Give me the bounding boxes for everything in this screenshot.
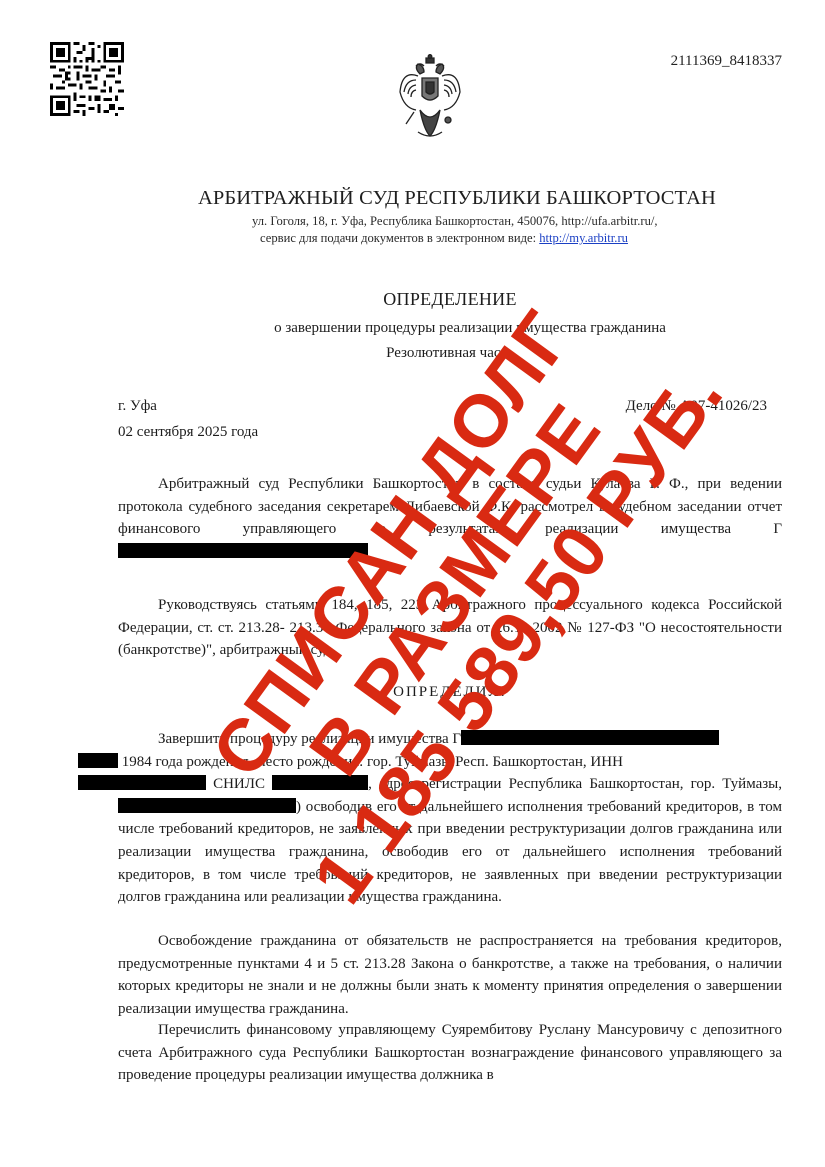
paragraph-text: Перечислить финансовому управляющему Суя… <box>118 1019 782 1087</box>
redaction-bar <box>118 798 296 813</box>
case-number: Дело № А07-41026/23 <box>626 398 767 415</box>
paragraph-legal-basis: Руководствуясь статьями 184, 185, 223 Ар… <box>118 594 782 662</box>
resolved-heading: ОПРЕДЕЛИЛ: <box>0 684 825 701</box>
service-link[interactable]: http://my.arbitr.ru <box>539 231 628 245</box>
redaction-bar <box>78 775 206 790</box>
court-address: ул. Гоголя, 18, г. Уфа, Республика Башко… <box>252 214 658 229</box>
paragraph-text: Руководствуясь статьями 184, 185, 223 Ар… <box>118 594 782 662</box>
coat-of-arms-icon <box>398 54 462 144</box>
redaction-bar <box>78 753 118 768</box>
paragraph-text: 1984 года рождения, место рождения: гор.… <box>122 754 623 770</box>
document-city: г. Уфа <box>118 398 157 415</box>
paragraph-text: , адрес регистрации Республика Башкортос… <box>368 776 782 792</box>
paragraph-text: Завершить процедуру реализации имущества… <box>158 731 461 747</box>
paragraph-text: Арбитражный суд Республики Башкортостан … <box>118 476 782 537</box>
document-part: Резолютивная часть <box>0 345 825 362</box>
redaction-bar <box>118 543 368 558</box>
paragraph-ruling: Завершить процедуру реализации имущества… <box>118 728 782 909</box>
document-title: ОПРЕДЕЛЕНИЕ <box>0 289 825 310</box>
redaction-bar <box>272 775 368 790</box>
document-id: 2111369_8418337 <box>671 53 782 70</box>
document-subtitle: о завершении процедуры реализации имущес… <box>0 320 825 337</box>
service-label: сервис для подачи документов в электронн… <box>260 231 539 245</box>
court-name: АРБИТРАЖНЫЙ СУД РЕСПУБЛИКИ БАШКОРТОСТАН <box>198 187 716 210</box>
paragraph-text: Освобождение гражданина от обязательств … <box>118 930 782 1020</box>
document-date: 02 сентября 2025 года <box>118 424 258 441</box>
court-service-line: сервис для подачи документов в электронн… <box>260 231 628 246</box>
paragraph-text: ) освободив его от дальнейшего исполнени… <box>118 799 782 905</box>
paragraph-text: СНИЛС <box>206 776 272 792</box>
document-page: 2111369_8418337 <box>0 0 825 1167</box>
paragraph-exemption: Освобождение гражданина от обязательств … <box>118 930 782 1020</box>
redaction-bar <box>461 730 719 745</box>
qr-code-icon <box>50 42 124 116</box>
paragraph-payment: Перечислить финансовому управляющему Суя… <box>118 1019 782 1087</box>
paragraph-court-composition: Арбитражный суд Республики Башкортостан … <box>118 473 782 563</box>
